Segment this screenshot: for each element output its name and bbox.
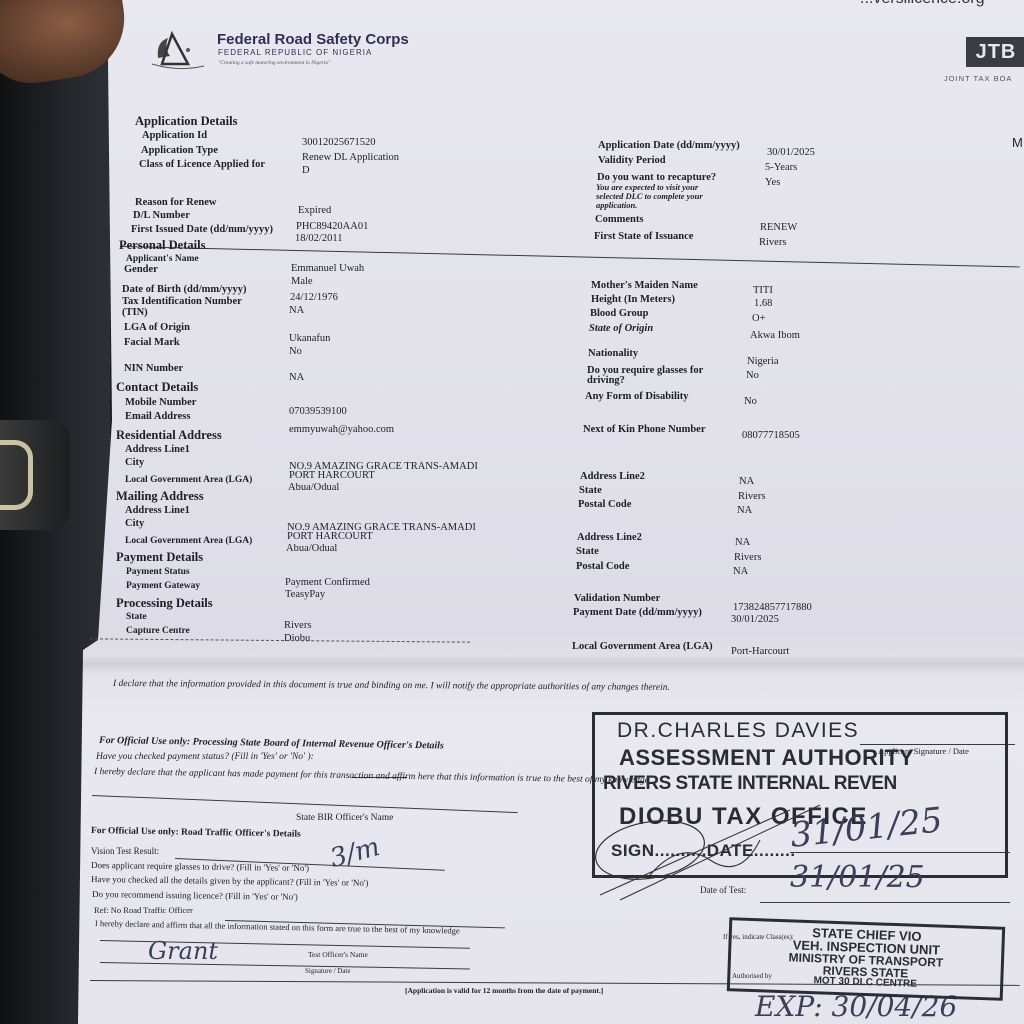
value-glasses: No xyxy=(746,370,759,381)
value-payment-gateway: TeasyPay xyxy=(285,589,325,600)
value-validity-period: 5-Years xyxy=(765,162,797,173)
label-validity-period: Validity Period xyxy=(598,155,666,166)
value-res-line2: NA xyxy=(739,476,754,487)
section-application-details: Application Details xyxy=(135,114,237,129)
label-res-line1: Address Line1 xyxy=(125,444,190,455)
label-next-of-kin: Next of Kin Phone Number xyxy=(583,424,706,435)
section-personal-details: Personal Details xyxy=(119,238,205,253)
section-contact-details: Contact Details xyxy=(116,380,198,395)
value-mail-city: PORT HARCOURT xyxy=(287,531,373,542)
label-res-lga: Local Government Area (LGA) xyxy=(125,475,252,485)
label-mail-lga: Local Government Area (LGA) xyxy=(125,536,252,546)
paper-fold-crease xyxy=(78,655,1024,673)
value-mail-state: Rivers xyxy=(734,552,761,563)
value-tin: NA xyxy=(289,305,304,316)
value-mail-postal: NA xyxy=(733,566,748,577)
website-url: ...versilicence.org xyxy=(860,0,985,8)
jtb-subtitle: JOINT TAX BOA xyxy=(944,74,1012,83)
value-applicant-name: Emmanuel Uwah xyxy=(291,263,364,274)
label-disability: Any Form of Disability xyxy=(585,391,689,402)
value-processing-state: Rivers xyxy=(284,620,311,631)
recapture-note: You are expected to visit your selected … xyxy=(596,183,703,210)
label-tin-line1: Tax Identification Number xyxy=(122,296,242,307)
value-dob: 24/12/1976 xyxy=(290,292,338,303)
value-mail-lga: Abua/Odual xyxy=(286,543,337,554)
value-processing-lga: Port-Harcourt xyxy=(731,646,789,657)
label-mail-state: State xyxy=(576,546,599,557)
value-payment-status: Payment Confirmed xyxy=(285,577,370,588)
jtb-logo: JTB xyxy=(966,37,1024,67)
value-application-id: 30012025671520 xyxy=(302,137,376,148)
bir-question-payment-checked: Have you checked payment status? (Fill i… xyxy=(96,752,314,762)
value-nationality: Nigeria xyxy=(747,356,779,367)
value-state-origin: Akwa Ibom xyxy=(750,330,800,341)
value-disability: No xyxy=(744,396,757,407)
label-application-id: Application Id xyxy=(142,130,207,141)
label-mail-city: City xyxy=(125,518,144,529)
label-tin-line2: (TIN) xyxy=(122,307,242,318)
label-dob: Date of Birth (dd/mm/yyyy) xyxy=(122,284,247,295)
value-comments: RENEW xyxy=(760,222,797,233)
bir-officer-name-label: State BIR Officer's Name xyxy=(296,813,393,823)
value-first-issued: 18/02/2011 xyxy=(295,233,342,244)
stamp-officer-name: DR.CHARLES DAVIES xyxy=(617,719,859,743)
value-mothers-maiden: TITI xyxy=(753,285,773,296)
label-processing-state: State xyxy=(126,612,147,622)
value-res-lga: Abua/Odual xyxy=(288,482,339,493)
label-mobile: Mobile Number xyxy=(125,397,196,408)
label-processing-lga: Local Government Area (LGA) xyxy=(572,641,713,652)
label-payment-date: Payment Date (dd/mm/yyyy) xyxy=(573,607,702,618)
label-nationality: Nationality xyxy=(588,348,638,359)
label-first-state: First State of Issuance xyxy=(594,231,693,242)
value-res-city: PORT HARCOURT xyxy=(289,470,375,481)
label-applicant-name: Applicant's Name xyxy=(126,254,199,264)
value-next-of-kin: 08077718505 xyxy=(742,430,800,441)
label-res-state: State xyxy=(579,485,602,496)
label-blood-group: Blood Group xyxy=(590,308,648,319)
label-email: Email Address xyxy=(125,411,190,422)
stamp-authority: ASSESSMENT AUTHORITY xyxy=(619,745,914,771)
label-dl-number: D/L Number xyxy=(133,210,190,221)
label-first-issued: First Issued Date (dd/mm/yyyy) xyxy=(131,224,273,235)
rto-signature-label: Signature / Date xyxy=(305,967,351,975)
value-validation-number: 173824857717880 xyxy=(733,602,812,613)
right-edge-text: M xyxy=(1012,135,1023,150)
handwritten-officer-name: Grant xyxy=(148,937,218,965)
value-res-state: Rivers xyxy=(738,491,765,502)
recapture-note-line: application. xyxy=(596,201,703,210)
value-nin: NA xyxy=(289,372,304,383)
label-application-date: Application Date (dd/mm/yyyy) xyxy=(598,140,740,151)
rto-officer-name-label: Test Officer's Name xyxy=(308,950,368,959)
value-payment-date: 30/01/2025 xyxy=(731,614,779,625)
label-tin: Tax Identification Number (TIN) xyxy=(122,296,242,318)
value-mobile: 07039539100 xyxy=(289,406,347,417)
label-capture-centre: Capture Centre xyxy=(126,626,190,636)
section-payment-details: Payment Details xyxy=(116,550,203,565)
vio-inspection-stamp: STATE CHIEF VIO VEH. INSPECTION UNIT MIN… xyxy=(727,917,1005,1001)
value-application-type: Renew DL Application xyxy=(302,152,399,163)
label-res-line2: Address Line2 xyxy=(580,471,645,482)
background-car-handle xyxy=(0,440,33,510)
frsc-logo-icon xyxy=(148,28,208,72)
label-mail-line2: Address Line2 xyxy=(577,532,642,543)
value-email: emmyuwah@yahoo.com xyxy=(289,424,394,435)
value-reason-renew: Expired xyxy=(298,205,331,216)
label-res-postal: Postal Code xyxy=(578,499,631,510)
label-mail-postal: Postal Code xyxy=(576,561,629,572)
label-mail-line1: Address Line1 xyxy=(125,505,190,516)
label-comments: Comments xyxy=(595,214,643,225)
value-recapture: Yes xyxy=(765,177,780,188)
label-application-type: Application Type xyxy=(141,145,218,156)
label-res-city: City xyxy=(125,457,144,468)
label-licence-class: Class of Licence Applied for xyxy=(139,159,265,170)
value-first-state: Rivers xyxy=(759,237,786,248)
label-nin: NIN Number xyxy=(124,363,183,374)
org-name: Federal Road Safety Corps xyxy=(217,31,409,48)
value-height: 1.68 xyxy=(754,298,772,309)
label-glasses: Do you require glasses for driving? xyxy=(587,366,703,386)
value-gender: Male xyxy=(291,276,313,287)
value-licence-class: D xyxy=(302,165,310,176)
value-res-postal: NA xyxy=(737,505,752,516)
label-validation-number: Validation Number xyxy=(574,593,660,604)
value-facial-mark: No xyxy=(289,346,302,357)
value-lga-origin: Ukanafun xyxy=(289,333,330,344)
label-payment-status: Payment Status xyxy=(126,567,190,577)
section-residential-address: Residential Address xyxy=(116,428,222,443)
org-subtitle: FEDERAL REPUBLIC OF NIGERIA xyxy=(218,48,372,57)
section-mailing-address: Mailing Address xyxy=(116,489,204,504)
value-mail-line2: NA xyxy=(735,537,750,548)
label-facial-mark: Facial Mark xyxy=(124,337,180,348)
label-height: Height (In Meters) xyxy=(591,294,675,305)
label-lga-origin: LGA of Origin xyxy=(124,322,190,333)
validity-note: [Application is valid for 12 months from… xyxy=(405,986,603,995)
label-glasses-line2: driving? xyxy=(587,376,703,386)
label-mothers-maiden: Mother's Maiden Name xyxy=(591,280,698,291)
label-reason-renew: Reason for Renew xyxy=(135,197,216,208)
handwritten-test-date: 31/01/25 xyxy=(790,860,925,895)
stamp-revenue: RIVERS STATE INTERNAL REVEN xyxy=(603,773,897,795)
org-tagline: "Creating a safe motoring environment in… xyxy=(218,60,330,66)
label-gender: Gender xyxy=(124,264,158,275)
label-state-origin: State of Origin xyxy=(589,323,653,334)
value-blood-group: O+ xyxy=(752,313,766,324)
value-capture-centre: Diobu xyxy=(284,633,310,644)
value-application-date: 30/01/2025 xyxy=(767,147,815,158)
value-dl-number: PHC89420AA01 xyxy=(296,221,368,232)
rto-ref: Ref: No Road Traffic Officer xyxy=(94,905,193,915)
label-payment-gateway: Payment Gateway xyxy=(126,581,200,591)
section-processing-details: Processing Details xyxy=(116,596,213,611)
rto-vision-test-label: Vision Test Result: xyxy=(91,846,159,856)
